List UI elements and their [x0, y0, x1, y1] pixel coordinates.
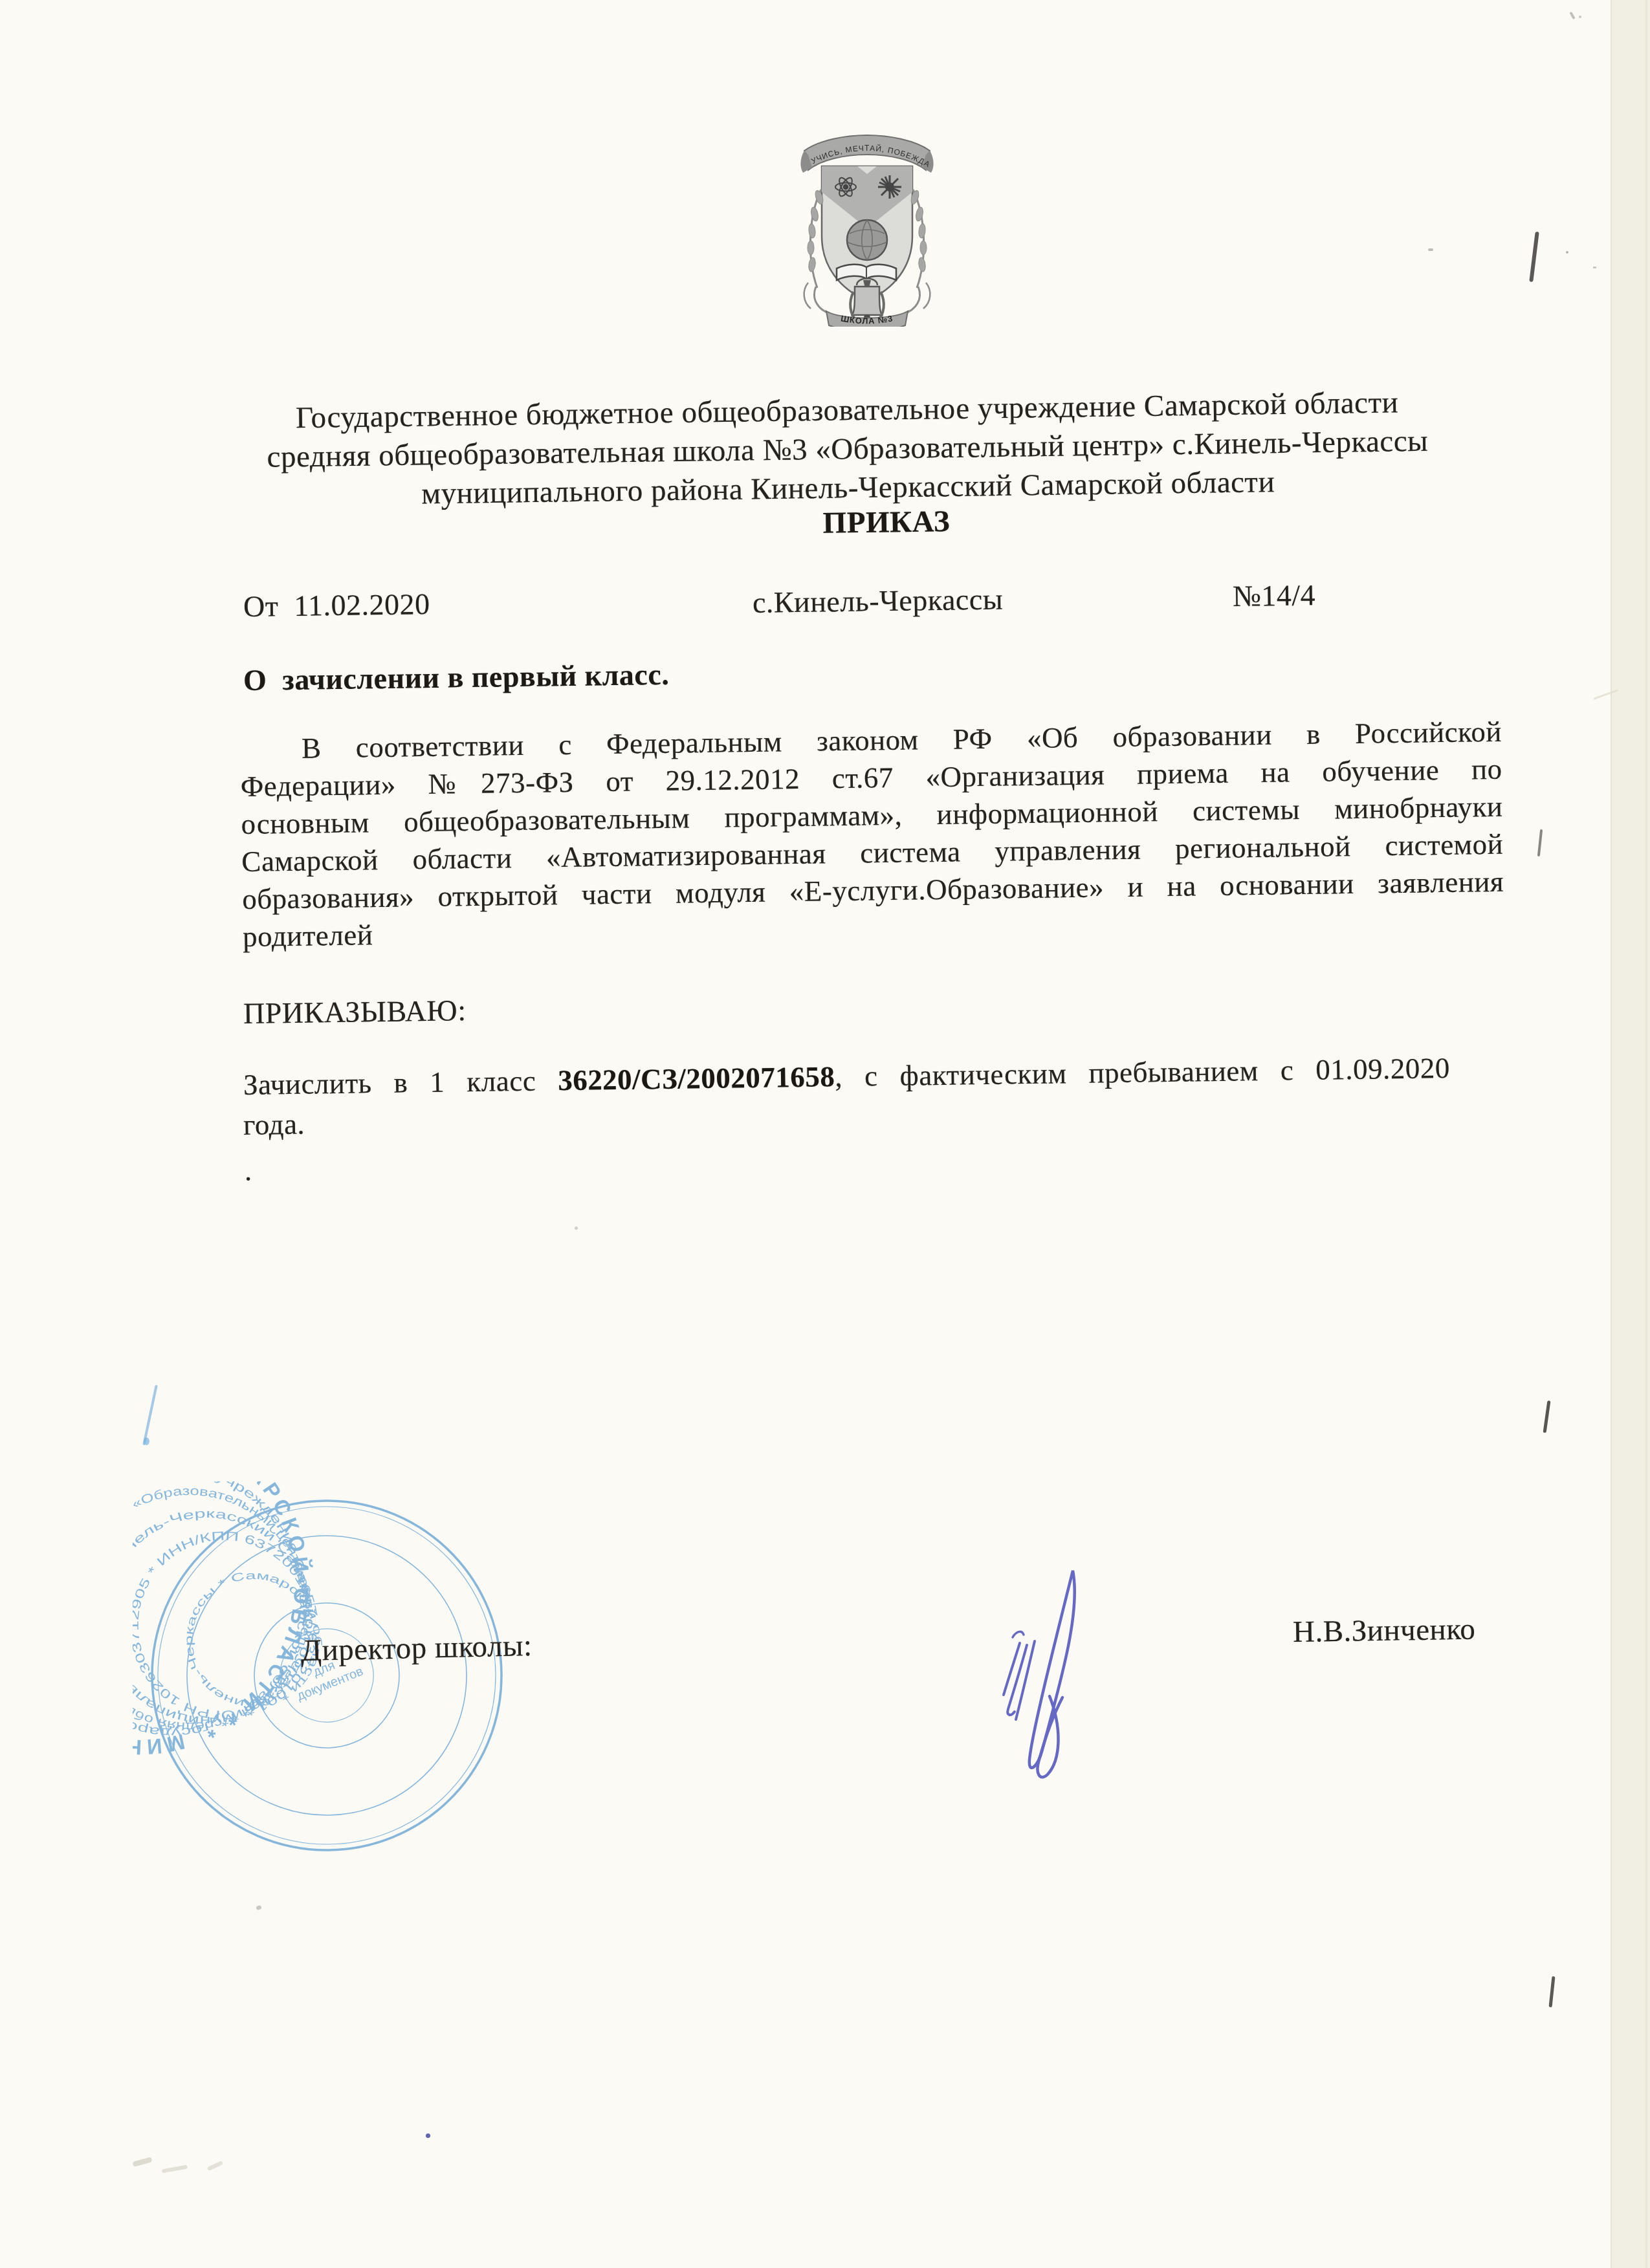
order-text-suffix: , с фактическим пребыванием с 01.09.2020	[835, 1052, 1450, 1093]
org-header: Государственное бюджетное общеобразовате…	[213, 382, 1482, 516]
order-sentence-end: года.	[243, 1104, 305, 1145]
director-name: Н.В.Зинченко	[1293, 1610, 1476, 1652]
scanned-document-page: УЧИСЬ, МЕЧТАЙ, ПОБЕЖДАЙ	[0, 0, 1650, 2268]
order-text-prefix: Зачислить в 1 класс	[243, 1064, 558, 1101]
director-role-label: Директор школы:	[300, 1626, 533, 1670]
order-place: с.Кинель-Черкассы	[753, 580, 1004, 622]
scuff-mark	[207, 2161, 223, 2171]
subject-line: О зачислении в первый класс.	[243, 655, 670, 700]
stray-period: .	[245, 1151, 252, 1190]
blue-ink-streak	[142, 1385, 158, 1446]
order-date: От 11.02.2020	[243, 585, 430, 626]
speck-artifact	[575, 1227, 578, 1230]
scuff-mark	[162, 2165, 188, 2174]
school-crest-emblem: УЧИСЬ, МЕЧТАЙ, ПОБЕЖДАЙ	[793, 133, 941, 327]
blue-ink-blob	[144, 1437, 149, 1445]
speck-artifact	[1566, 251, 1568, 254]
paper-edge-line	[1645, 0, 1647, 2268]
resolution-word: ПРИКАЗЫВАЮ:	[243, 991, 467, 1033]
sun-icon	[878, 175, 901, 199]
ink-slash-artifact	[1537, 829, 1543, 856]
order-sentence: Зачислить в 1 класс 36220/СЗ/2002071658,…	[243, 1048, 1451, 1105]
director-signature-ink	[958, 1546, 1152, 1805]
blue-ink-dot	[426, 2133, 430, 2138]
speck-artifact	[1593, 267, 1596, 268]
ink-slash-artifact	[1529, 232, 1539, 282]
globe-icon	[847, 220, 887, 260]
speck-artifact	[256, 1905, 262, 1910]
speck-artifact	[1428, 248, 1433, 251]
scanner-edge-strip	[1611, 0, 1650, 2268]
ink-slash-artifact	[1549, 1976, 1556, 2007]
speck-artifact	[1569, 12, 1575, 19]
speck-artifact	[1579, 16, 1581, 18]
ink-slash-artifact	[1543, 1401, 1551, 1433]
body-paragraph: В соответствии с Федеральным законом РФ …	[240, 713, 1505, 955]
order-number: №14/4	[1233, 576, 1316, 616]
official-round-stamp: МИНИСТЕРСТВО ОБРАЗОВАНИЯ И НАУКИ САМАРСК…	[133, 1481, 521, 1870]
scuff-mark	[132, 2157, 152, 2166]
enrollment-number: 36220/СЗ/2002071658	[558, 1060, 835, 1096]
